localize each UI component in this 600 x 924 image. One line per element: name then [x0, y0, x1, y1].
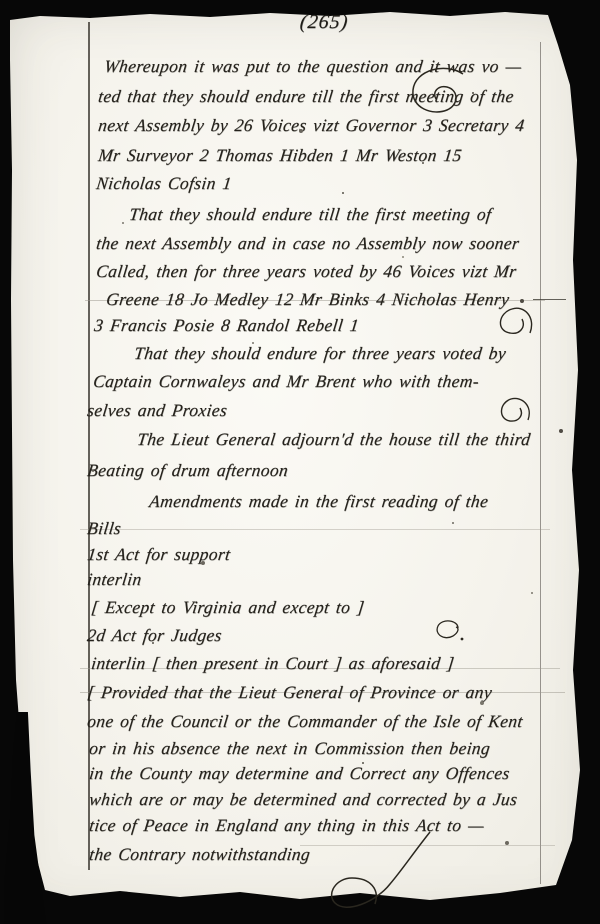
manuscript-line: Bills [86, 517, 123, 539]
manuscript-line: Greene 18 Jo Medley 12 Mr Binks 4 Nichol… [105, 288, 511, 310]
manuscript-line: the Contrary notwithstanding [88, 843, 312, 865]
ink-swirl-flourish [405, 66, 469, 118]
manuscript-line: Captain Cornwaleys and Mr Brent who with… [92, 370, 480, 392]
terminal-flourish [318, 826, 440, 920]
scan-noise-specks [0, 0, 2, 2]
manuscript-line: Called, then for three years voted by 46… [95, 260, 518, 282]
manuscript-line: in the County may determine and Correct … [88, 762, 511, 784]
manuscript-line: which are or may be determined and corre… [88, 788, 519, 810]
manuscript-line: [ Except to Virginia and except to ] [90, 596, 366, 618]
manuscript-line: That they should endure till the first m… [128, 203, 493, 225]
page-number: (265) [299, 11, 350, 34]
manuscript-line: Nicholas Cofsin 1 [95, 172, 233, 194]
manuscript-line: or in his absence the next in Commission… [88, 737, 492, 759]
manuscript-line: one of the Council or the Commander of t… [86, 710, 524, 732]
manuscript-line: selves and Proxies [86, 399, 229, 421]
scan-artifact-line [80, 529, 550, 530]
manuscript-line: Amendments made in the first reading of … [148, 490, 490, 512]
ink-loop-flourish [492, 303, 534, 339]
manuscript-line: [ Provided that the Lieut General of Pro… [86, 681, 493, 703]
manuscript-line: interlin [ then present in Court ] as af… [90, 652, 456, 674]
manuscript-line: interlin [86, 568, 143, 590]
ink-loop-flourish [432, 616, 466, 644]
right-margin-rule [540, 42, 541, 884]
manuscript-line: 2d Act for Judges [86, 624, 223, 646]
manuscript-line: 1st Act for support [86, 543, 232, 565]
manuscript-line: That they should endure for three years … [133, 342, 507, 364]
manuscript-line: 3 Francis Posie 8 Randol Rebell 1 [93, 314, 360, 336]
manuscript-line: Beating of drum afternoon [86, 459, 290, 481]
scanned-document: (265) Whereupon it was put to the questi… [0, 0, 600, 924]
ink-loop-flourish [494, 394, 532, 426]
manuscript-line: Mr Surveyor 2 Thomas Hibden 1 Mr Weston … [97, 144, 463, 166]
manuscript-line: The Lieut General adjourn'd the house ti… [136, 428, 532, 450]
manuscript-line: the next Assembly and in case no Assembl… [95, 232, 521, 254]
